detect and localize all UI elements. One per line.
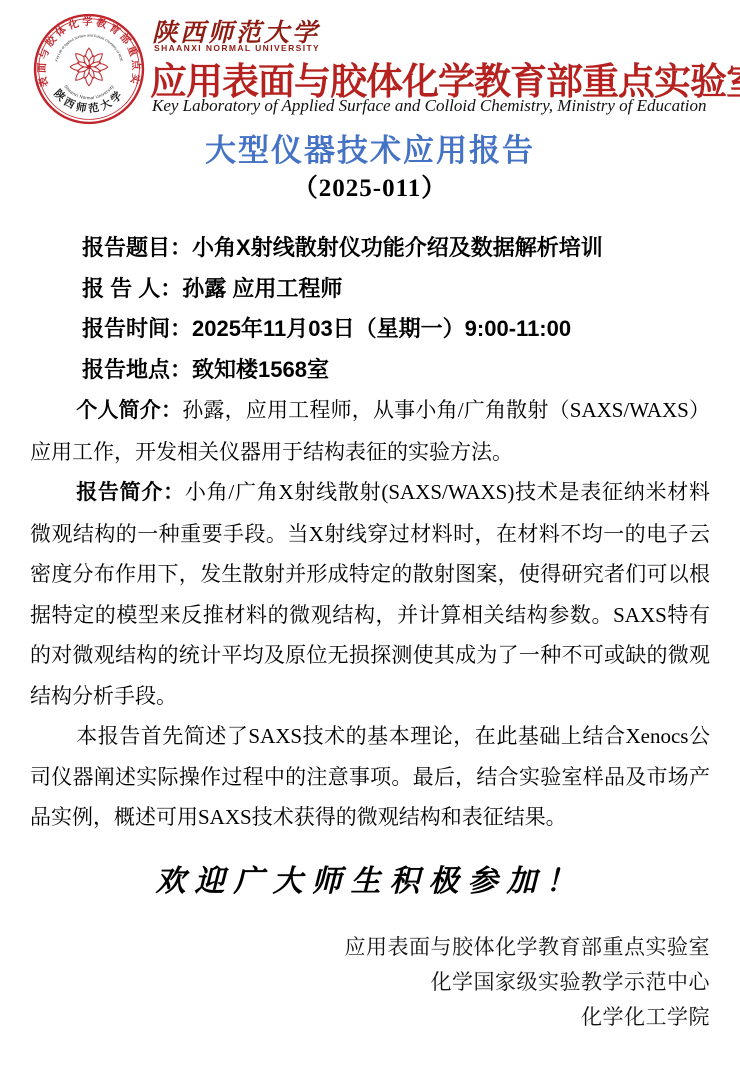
- footer-line-center: 化学国家级实验教学示范中心: [345, 965, 711, 1000]
- seal-flower-emblem: [70, 48, 108, 86]
- footer-line-lab: 应用表面与胶体化学教育部重点实验室: [345, 930, 711, 965]
- detail-label: 报告地点：: [82, 357, 192, 382]
- detail-value: 孙露 应用工程师: [182, 276, 342, 301]
- detail-value: 2025年11月03日（星期一）9:00-11:00: [192, 316, 571, 341]
- paragraph-label: 报告简介：: [76, 481, 185, 504]
- paragraph-speaker-bio: 个人简介：孙露，应用工程师，从事小角/广角散射（SAXS/WAXS）应用工作，开…: [30, 390, 710, 472]
- detail-value: 小角X射线散射仪功能介绍及数据解析培训: [192, 235, 603, 260]
- paragraph-label: 个人简介：: [76, 399, 182, 422]
- paragraph-report-outline: 本报告首先简述了SAXS技术的基本理论，在此基础上结合Xenocs公司仪器阐述实…: [30, 716, 710, 838]
- footer-line-school: 化学化工学院: [345, 1000, 711, 1035]
- university-seal-logo: 应用表面与胶体化学教育部重点实验室 Key Lab of Applied Sur…: [33, 13, 145, 125]
- report-title: 大型仪器技术应用报告: [0, 125, 740, 170]
- footer-signatures: 应用表面与胶体化学教育部重点实验室 化学国家级实验教学示范中心 化学化工学院: [345, 930, 711, 1035]
- paragraph-text: 小角/广角X射线散射(SAXS/WAXS)技术是表征纳米材料微观结构的一种重要手…: [30, 480, 710, 708]
- report-poster-page: 应用表面与胶体化学教育部重点实验室 Key Lab of Applied Sur…: [0, 0, 740, 1069]
- detail-label: 报告时间：: [82, 316, 192, 341]
- detail-row-topic: 报告题目：小角X射线散射仪功能介绍及数据解析培训: [30, 228, 710, 269]
- lab-name-english: Key Laboratory of Applied Surface and Co…: [152, 96, 707, 116]
- detail-value: 致知楼1568室: [192, 357, 329, 382]
- detail-row-speaker: 报 告 人：孙露 应用工程师: [30, 269, 710, 310]
- welcome-message: 欢迎广大师生积极参加！: [0, 856, 740, 900]
- paragraph-report-abstract: 报告简介：小角/广角X射线散射(SAXS/WAXS)技术是表征纳米材料微观结构的…: [30, 472, 710, 716]
- report-body: 报告题目：小角X射线散射仪功能介绍及数据解析培训 报 告 人：孙露 应用工程师 …: [30, 228, 710, 838]
- report-number: （2025-011）: [0, 168, 740, 204]
- detail-row-location: 报告地点：致知楼1568室: [30, 350, 710, 391]
- detail-label: 报 告 人：: [82, 276, 182, 301]
- paragraph-text: 本报告首先简述了SAXS技术的基本理论，在此基础上结合Xenocs公司仪器阐述实…: [30, 724, 710, 829]
- detail-label: 报告题目：: [82, 235, 192, 260]
- detail-row-time: 报告时间：2025年11月03日（星期一）9:00-11:00: [30, 309, 710, 350]
